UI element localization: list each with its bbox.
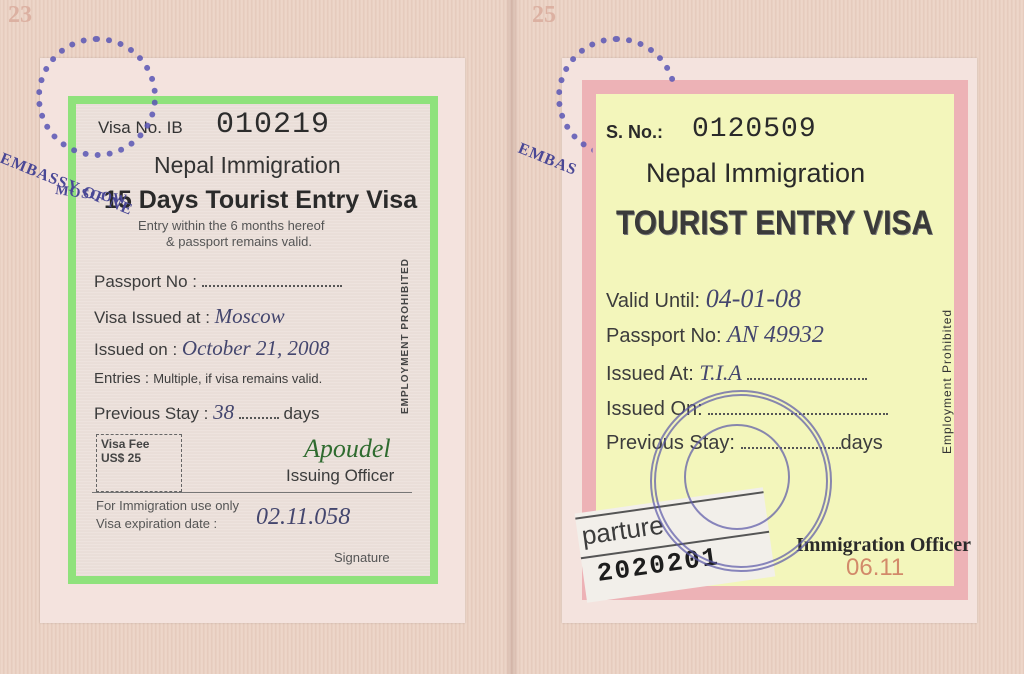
visa-fee-label: Visa Fee (101, 437, 177, 451)
field-issued-on: Issued on : October 21, 2008 (94, 336, 329, 361)
field-valid-until: Valid Until: 04-01-08 (606, 284, 801, 314)
immigration-round-stamp (650, 390, 832, 572)
issuing-officer-label: Issuing Officer (286, 466, 394, 486)
expiration-value: 02.11.058 (256, 504, 350, 531)
employment-prohibited-text: Employment Prohibited (940, 309, 954, 454)
immigration-use-label: For Immigration use only (96, 498, 239, 513)
serial-number: 0120509 (692, 114, 817, 145)
field-passport-no: Passport No: AN 49932 (606, 322, 824, 349)
visa-title: 15 Days Tourist Entry Visa (104, 186, 417, 215)
visa-fee-value: US$ 25 (101, 451, 177, 465)
field-entries: Entries : Multiple, if visa remains vali… (94, 370, 322, 387)
field-previous-stay: Previous Stay : 38 days (94, 400, 319, 425)
visa-number: 010219 (216, 108, 330, 142)
right-page-number: 25 (532, 2, 556, 29)
left-page-number: 23 (8, 2, 32, 29)
expiration-label: Visa expiration date : (96, 516, 217, 531)
serial-label: S. No.: (606, 122, 663, 143)
signature-label: Signature (334, 550, 390, 565)
issuing-officer-signature: Apoudel (304, 434, 391, 464)
field-issued-at: Issued At: T.I.A (606, 360, 867, 386)
divider (92, 492, 412, 493)
visa-authority: Nepal Immigration (646, 158, 865, 189)
left-visa-sticker: Visa No. IB 010219 Nepal Immigration 15 … (68, 96, 438, 584)
visa-authority: Nepal Immigration (154, 152, 341, 179)
book-gutter (505, 0, 519, 674)
visa-title: TOURIST ENTRY VISA (616, 204, 933, 243)
visa-fee-box: Visa Fee US$ 25 (96, 434, 182, 492)
embassy-seal-stamp (36, 36, 158, 158)
field-passport-no: Passport No : (94, 272, 342, 292)
field-visa-issued-at: Visa Issued at : Moscow (94, 304, 285, 329)
visa-subtitle-line1: Entry within the 6 months hereof (138, 218, 324, 233)
visa-subtitle-line2: & passport remains valid. (166, 234, 312, 249)
officer-date: 06.11 (846, 554, 904, 582)
employment-prohibited-text: EMPLOYMENT PROHIBITED (400, 258, 411, 414)
